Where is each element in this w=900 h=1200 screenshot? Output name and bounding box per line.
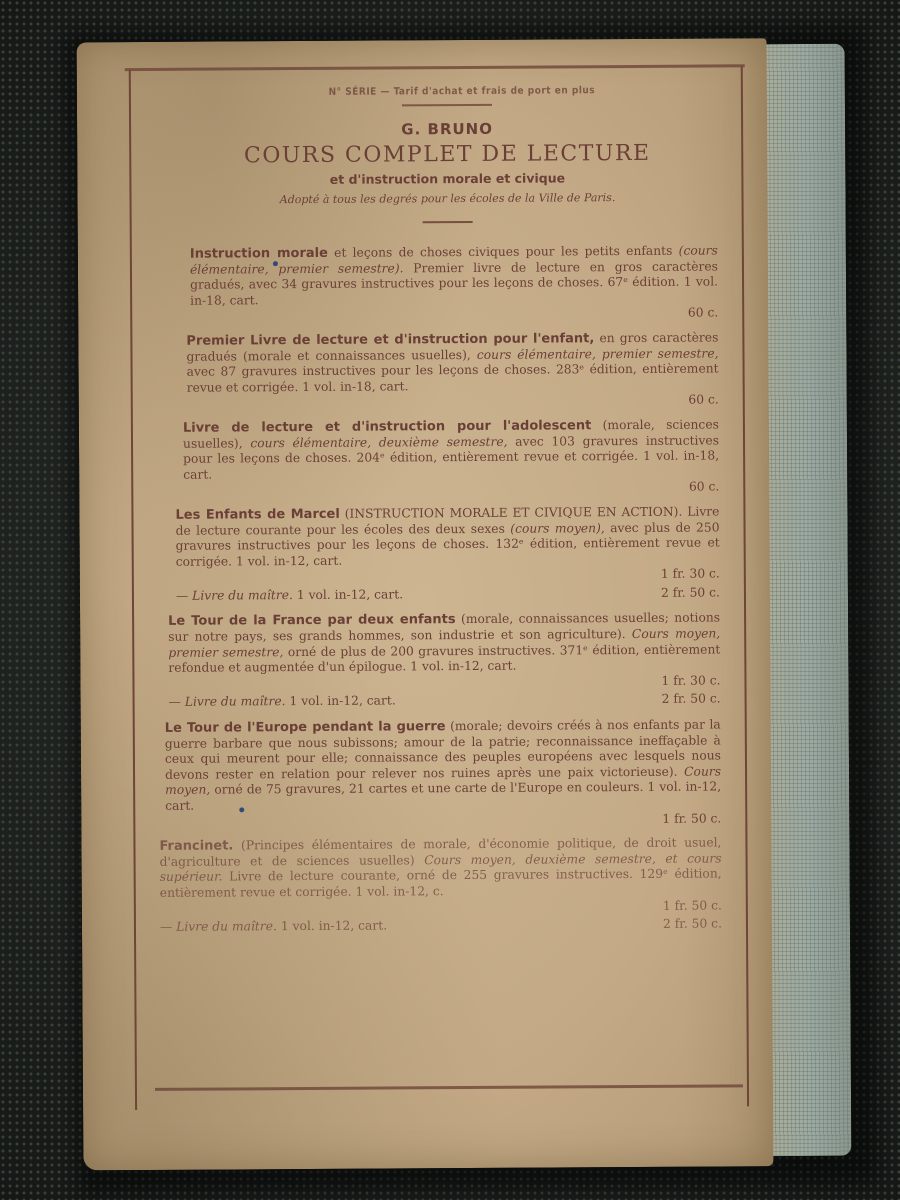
book: N° SÉRIE — Tarif d'achat et frais de por…: [76, 26, 863, 1181]
series-line: N° SÉRIE — Tarif d'achat et frais de por…: [207, 84, 717, 98]
teacher-edition-price: 2 fr. 50 c.: [661, 585, 720, 601]
entry-price: 1 fr. 30 c.: [661, 673, 720, 689]
entry-title: Le Tour de la France par deux enfants: [168, 613, 456, 630]
teacher-edition-line: — Livre du maître. 1 vol. in-12, cart.2 …: [169, 692, 721, 711]
ink-speck: [273, 261, 278, 266]
entry-price: 1 fr. 30 c.: [661, 567, 720, 583]
entry-details: orné de 75 gravures, 21 cartes et une ca…: [165, 780, 721, 813]
catalogue-entry: Instruction morale et leçons de choses c…: [190, 243, 718, 324]
teacher-edition-detail: 1 vol. in-12, cart.: [281, 919, 387, 934]
teacher-edition: — Livre du maître. 1 vol. in-12, cart.: [176, 587, 403, 604]
collection-title: COURS COMPLET DE LECTURE: [177, 140, 717, 168]
entry-title: Les Enfants de Marcel: [175, 507, 339, 523]
entry-level: cours élémentaire, premier semestre,: [477, 346, 719, 361]
catalogue-entry: Les Enfants de Marcel (INSTRUCTION MORAL…: [175, 504, 719, 585]
teacher-edition-line: — Livre du maître. 1 vol. in-12, cart.2 …: [176, 585, 720, 604]
teacher-edition: — Livre du maître. 1 vol. in-12, cart.: [160, 919, 387, 936]
teacher-edition-line: — Livre du maître. 1 vol. in-12, cart.2 …: [160, 917, 722, 936]
catalogue-entry: Le Tour de l'Europe pendant la guerre (m…: [165, 718, 722, 831]
teacher-edition-label: — Livre du maître.: [169, 695, 286, 710]
entry-level: cours élémentaire, deuxième semestre,: [250, 434, 507, 450]
entry-title: Livre de lecture et d'instruction pour l…: [183, 418, 591, 435]
catalogue-entry: Livre de lecture et d'instruction pour l…: [183, 417, 719, 498]
teacher-edition-price: 2 fr. 50 c.: [663, 917, 722, 933]
entry-title: Premier Livre de lecture et d'instructio…: [186, 331, 594, 348]
entry-title: Le Tour de l'Europe pendant la guerre: [165, 719, 446, 736]
cover-text: N° SÉRIE — Tarif d'achat et frais de por…: [177, 84, 722, 945]
teacher-edition-label: — Livre du maître.: [176, 588, 293, 603]
book-list: Instruction morale et leçons de choses c…: [178, 243, 722, 935]
catalogue-entry: Le Tour de la France par deux enfants (m…: [168, 611, 720, 692]
entry-price: 60 c.: [689, 480, 719, 496]
catalogue-entry: Francinet. (Principes élémentaires de mo…: [159, 836, 721, 917]
teacher-edition-price: 2 fr. 50 c.: [662, 692, 721, 708]
ink-speck: [239, 807, 244, 812]
entry-description: et leçons de choses civiques pour les pe…: [334, 244, 672, 260]
teacher-edition: — Livre du maître. 1 vol. in-12, cart.: [169, 694, 396, 711]
entry-price: 1 fr. 50 c.: [662, 811, 721, 827]
entry-price: 1 fr. 50 c.: [663, 898, 722, 914]
collection-subtitle: et d'instruction morale et civique: [177, 169, 717, 187]
teacher-edition-detail: 1 vol. in-12, cart.: [289, 694, 395, 709]
entry-title: Instruction morale: [190, 246, 328, 262]
divider: [423, 221, 473, 223]
adoption-note: Adopté à tous les degrés pour les écoles…: [177, 190, 717, 206]
entry-title: Francinet.: [159, 839, 233, 854]
entry-price-line: 60 c.: [183, 480, 719, 499]
entry-price-line: 60 c.: [187, 393, 719, 412]
entry-level: (cours moyen),: [510, 521, 605, 536]
author: G. BRUNO: [177, 118, 717, 139]
entry-price-line: 1 fr. 30 c.: [176, 567, 720, 586]
entry-price-line: 1 fr. 30 c.: [168, 673, 720, 692]
entry-details: avec 87 gravures instructives pour les l…: [187, 362, 719, 395]
teacher-edition-label: — Livre du maître.: [160, 919, 277, 934]
teacher-edition-detail: 1 vol. in-12, cart.: [297, 587, 403, 602]
series-rule: [402, 104, 492, 107]
entry-price-line: 1 fr. 50 c.: [160, 898, 722, 917]
entry-price: 60 c.: [688, 393, 718, 409]
entry-price-line: 60 c.: [190, 306, 718, 325]
catalogue-entry: Premier Livre de lecture et d'instructio…: [186, 330, 718, 411]
entry-price: 60 c.: [688, 306, 718, 322]
entry-details: Livre de lecture courante, orné de 255 g…: [160, 867, 722, 900]
entry-price-line: 1 fr. 50 c.: [165, 811, 721, 830]
